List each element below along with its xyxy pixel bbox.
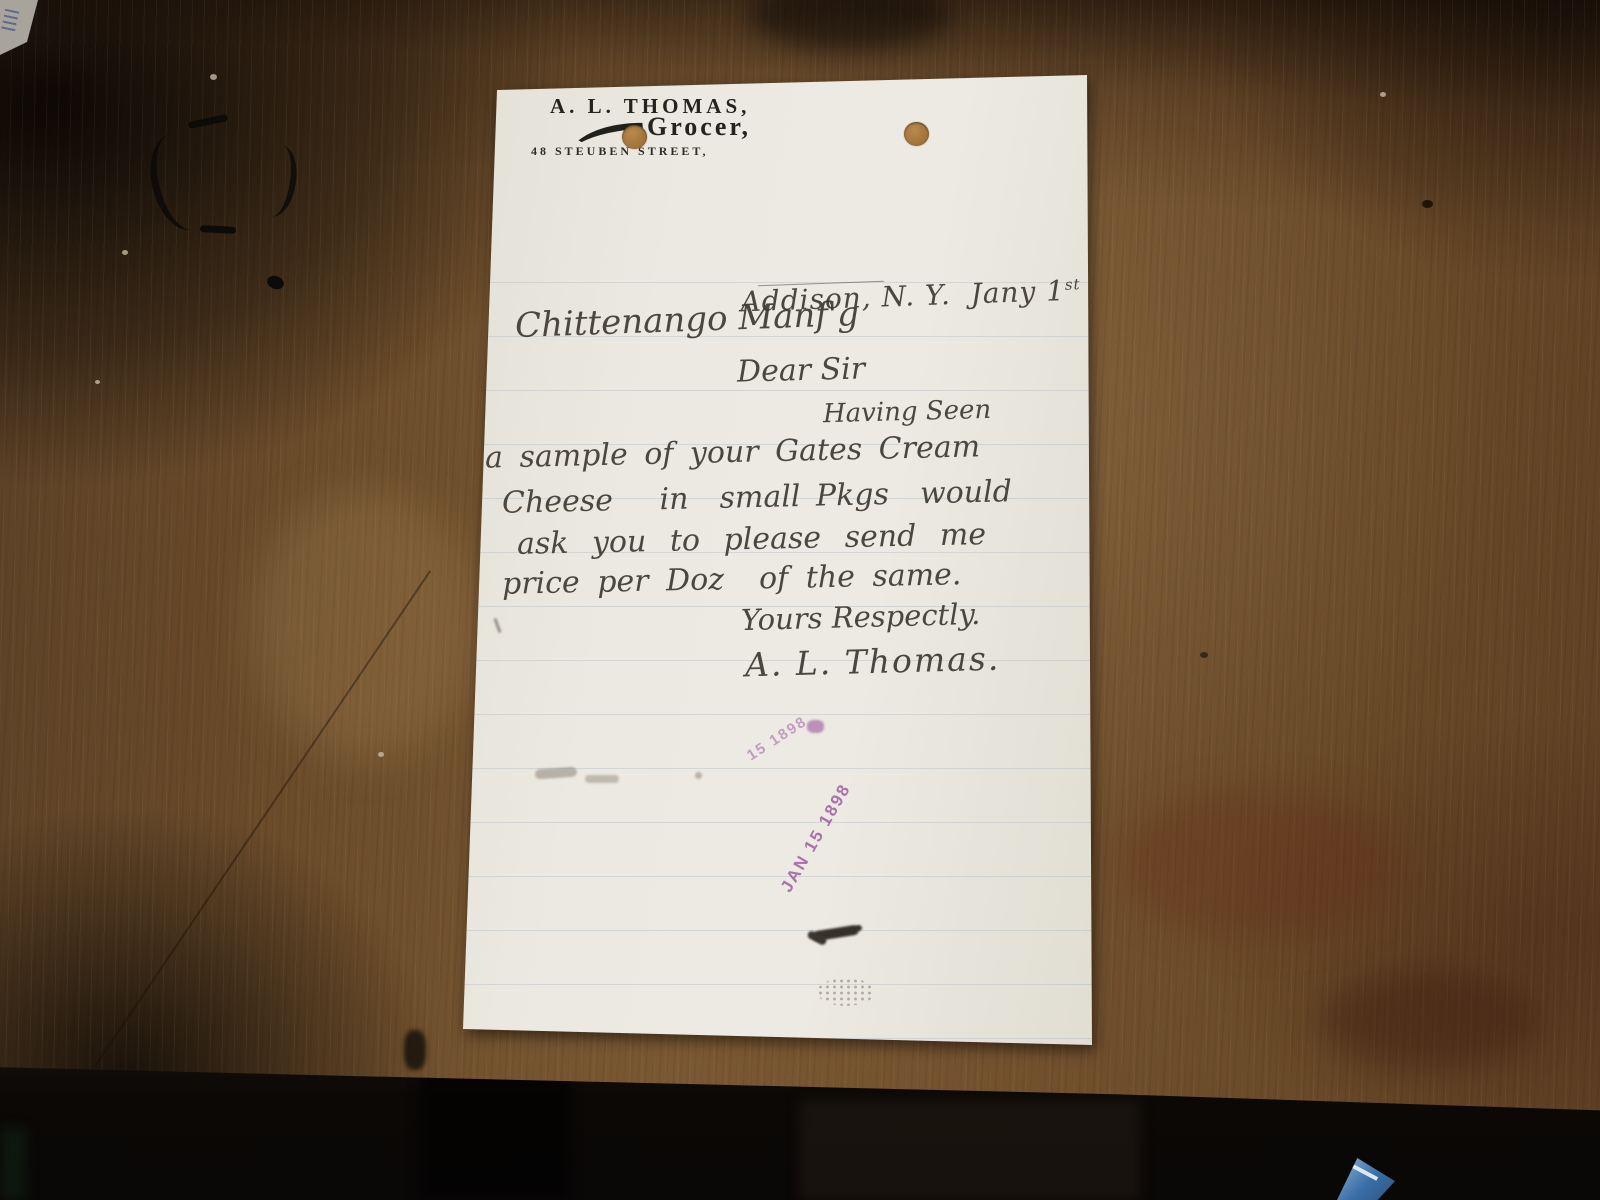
floor-green-sliver bbox=[0, 1128, 26, 1200]
letterhead-address: 48 STEUBEN STREET, bbox=[531, 144, 709, 159]
paint-speck bbox=[1380, 92, 1386, 97]
faint-smudge bbox=[695, 772, 702, 779]
stamp-ink-blob bbox=[807, 720, 824, 733]
blue-object bbox=[1337, 1158, 1395, 1200]
wood-scuff-light bbox=[250, 490, 480, 760]
punch-hole-right bbox=[904, 122, 929, 146]
salutation-line: Dear Sir bbox=[737, 351, 866, 389]
paint-speck bbox=[122, 250, 128, 255]
ink-blot-dot bbox=[855, 925, 862, 931]
blue-object-stripe bbox=[1350, 1163, 1378, 1181]
paint-speck bbox=[378, 752, 384, 757]
floor-lighter-band bbox=[800, 1100, 1140, 1200]
paint-speck bbox=[210, 74, 217, 80]
wood-dark-patch-bottom-right bbox=[1320, 970, 1540, 1070]
photo-of-letter-on-table: A. L. THOMAS, Grocer, 48 STEUBEN STREET,… bbox=[0, 0, 1600, 1200]
dotted-smudge bbox=[817, 978, 875, 1006]
paint-speck bbox=[95, 380, 100, 384]
punch-hole-left bbox=[622, 125, 647, 149]
dateline-ordinal: st bbox=[1064, 275, 1080, 294]
dark-smear-near-paper bbox=[404, 1030, 426, 1070]
wood-red-patch-right bbox=[1120, 790, 1400, 940]
letter-sheet: A. L. THOMAS, Grocer, 48 STEUBEN STREET,… bbox=[455, 70, 1100, 1055]
closing-line: Yours Respectly. bbox=[741, 597, 981, 637]
signature: A. L. Thomas. bbox=[745, 639, 1001, 685]
letterhead-title: Grocer, bbox=[647, 112, 751, 142]
opening-line: Having Seen bbox=[823, 395, 992, 429]
wood-knot-right bbox=[1422, 200, 1433, 208]
wood-dot-center-right bbox=[1200, 652, 1208, 658]
faint-smudge bbox=[585, 775, 619, 783]
table-leg-shadow bbox=[420, 1070, 570, 1200]
